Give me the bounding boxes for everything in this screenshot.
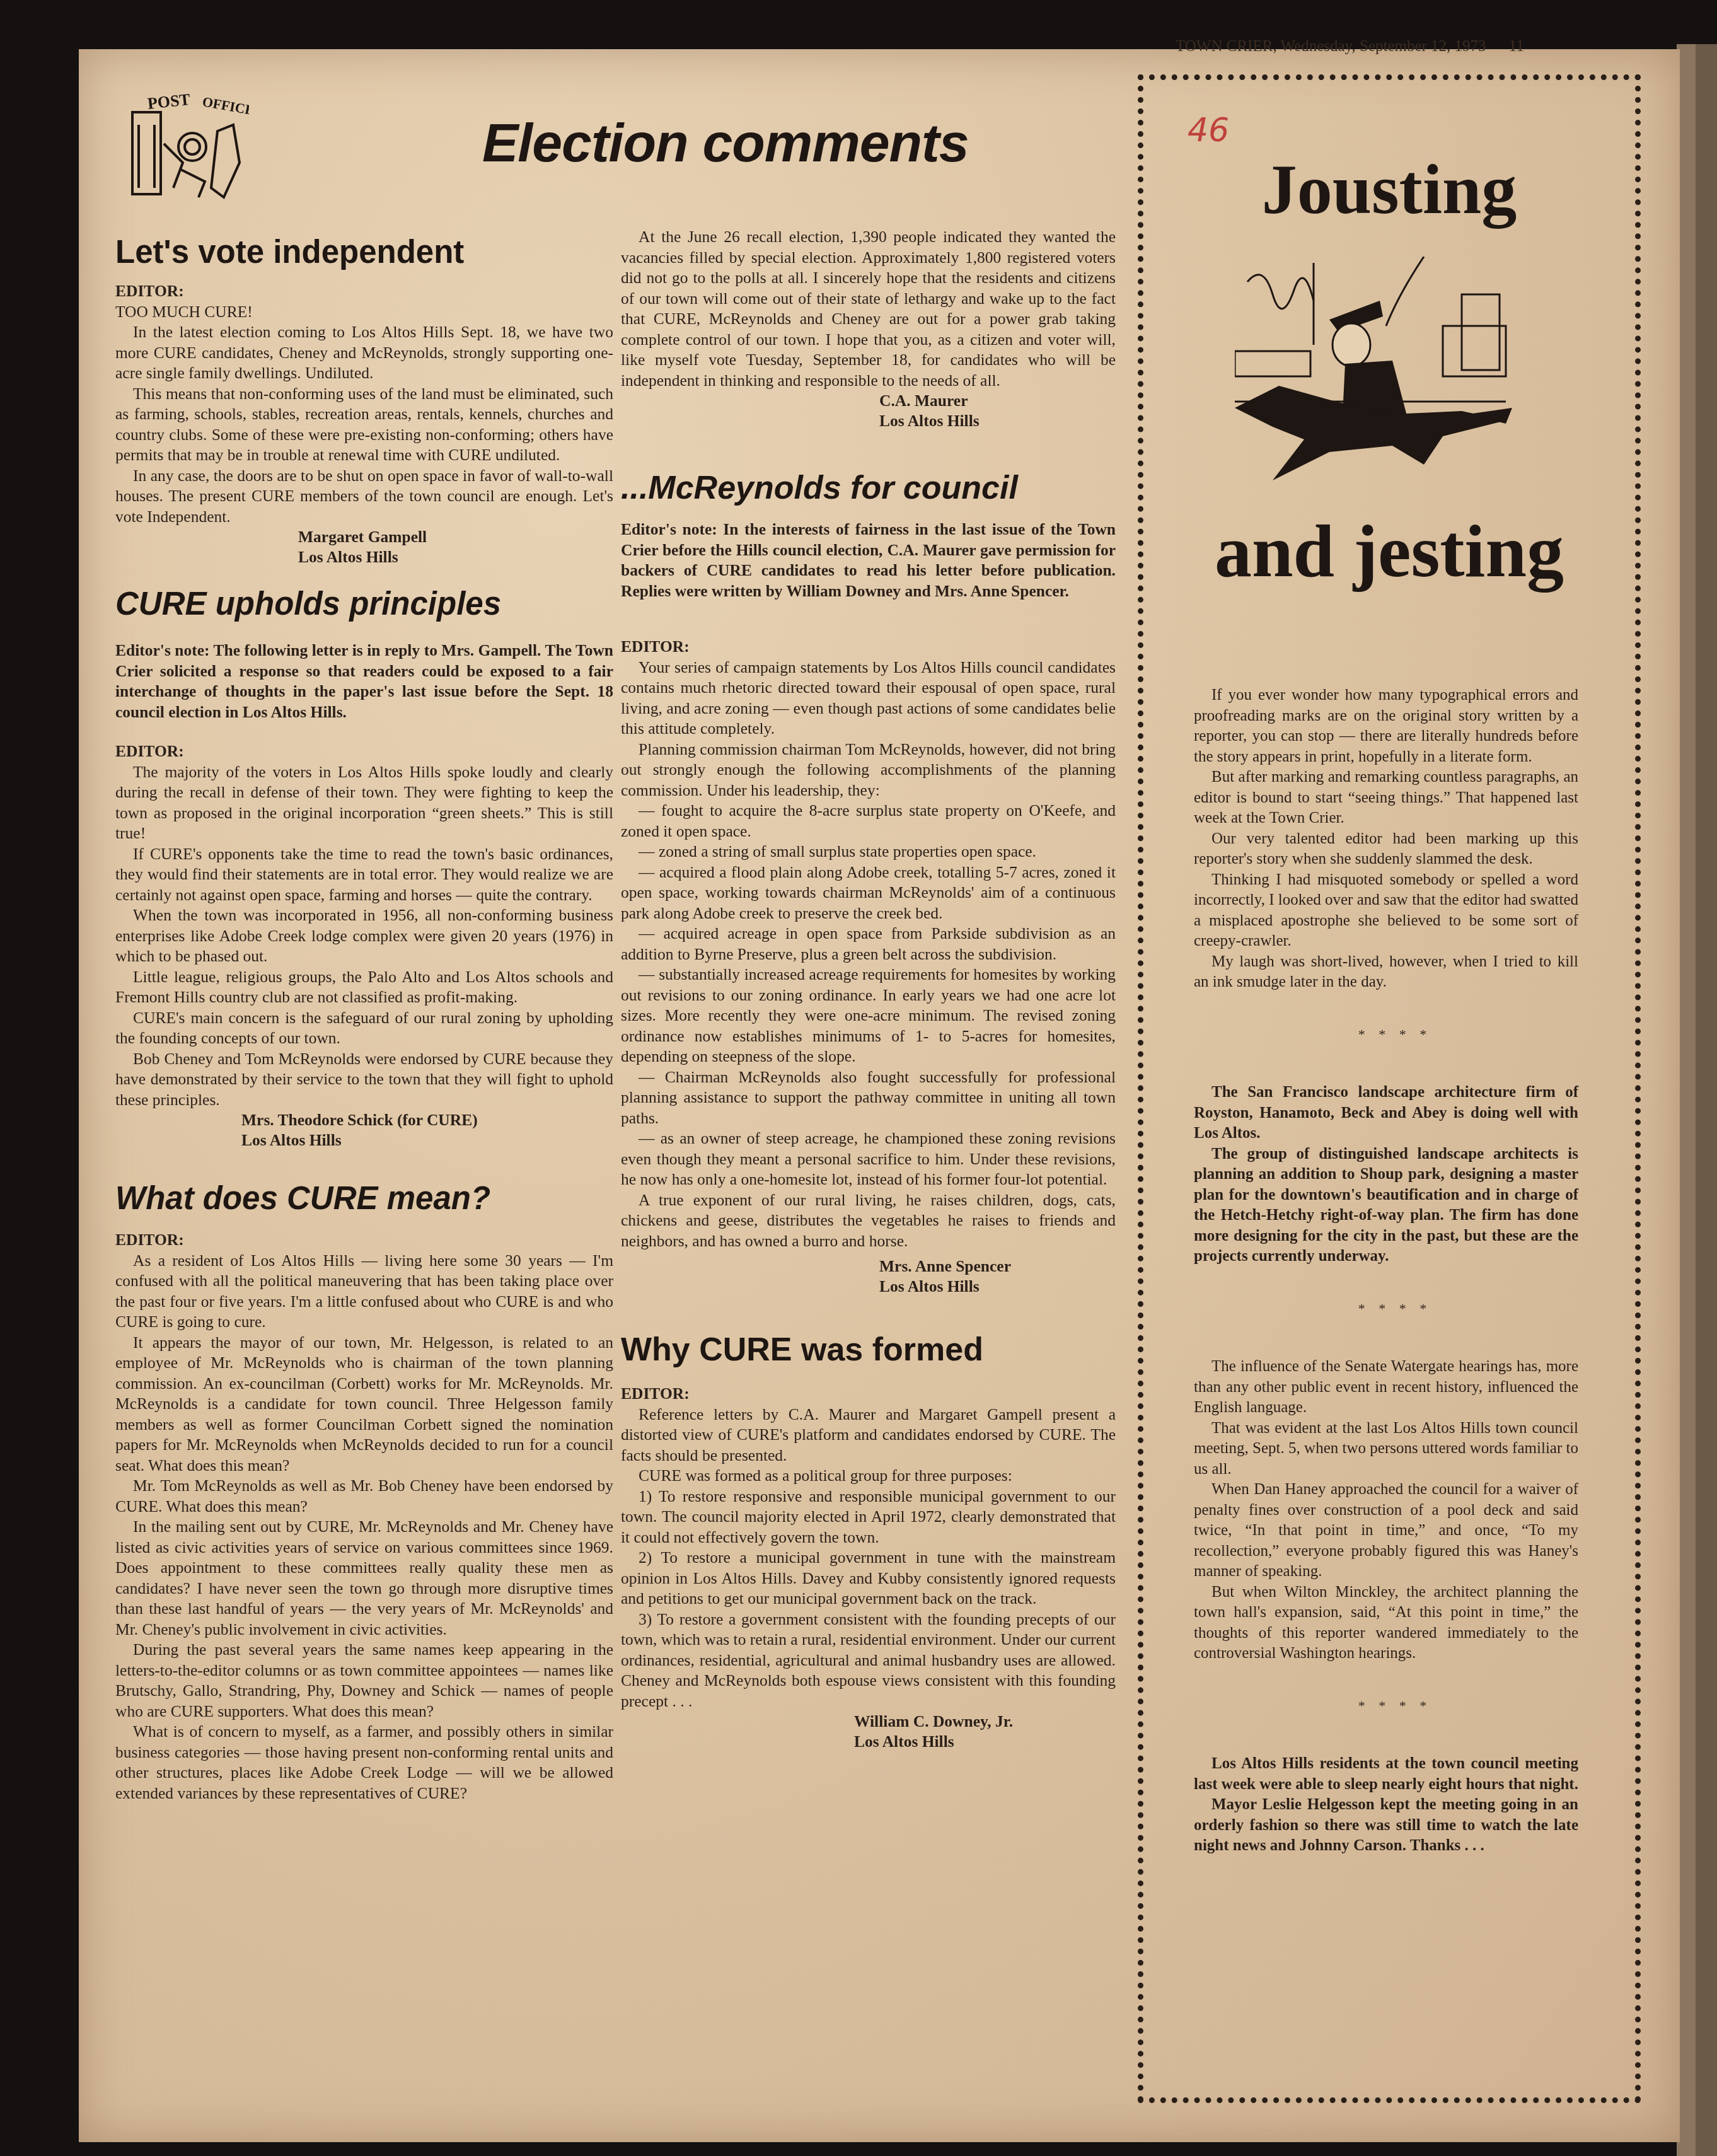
paragraph: A true exponent of our rural living, he …: [621, 1190, 1116, 1252]
paragraph: The majority of the voters in Los Altos …: [115, 762, 613, 844]
separator: * * * *: [1194, 1299, 1578, 1319]
paragraph: In the latest election coming to Los Alt…: [115, 322, 613, 384]
signature-location: Los Altos Hills: [879, 1277, 1116, 1297]
column-title-top: Jousting: [1143, 149, 1635, 231]
section-title: Election comments: [482, 112, 969, 175]
signature: Margaret Gampell: [298, 527, 613, 547]
signature-location: Los Altos Hills: [241, 1130, 613, 1150]
lede: TOO MUCH CURE!: [115, 302, 613, 323]
salutation: EDITOR:: [115, 1230, 613, 1251]
list-item: 3) To restore a government consistent wi…: [621, 1609, 1116, 1712]
paragraph: At the June 26 recall election, 1,390 pe…: [621, 227, 1116, 391]
newspaper-page: TOWN CRIER, Wednesday, September 12, 197…: [79, 49, 1680, 2142]
paragraph: My laugh was short-lived, however, when …: [1194, 952, 1578, 993]
column-body: If you ever wonder how many typographica…: [1194, 685, 1578, 1857]
paragraph: Los Altos Hills residents at the town co…: [1194, 1754, 1578, 1795]
running-head: TOWN CRIER, Wednesday, September 12, 197…: [1176, 38, 1524, 55]
list-item: — fought to acquire the 8-acre surplus s…: [621, 801, 1116, 842]
paragraph: If you ever wonder how many typographica…: [1194, 685, 1578, 767]
paragraph: But after marking and remarking countles…: [1194, 767, 1578, 829]
paragraph: Mr. Tom McReynolds as well as Mr. Bob Ch…: [115, 1476, 613, 1517]
paragraph: Mayor Leslie Helgesson kept the meeting …: [1194, 1795, 1578, 1857]
paragraph: Thinking I had misquoted somebody or spe…: [1194, 870, 1578, 952]
headline-what-does-cure-mean: What does CURE mean?: [115, 1178, 613, 1219]
list-item: — substantially increased acreage requir…: [621, 965, 1116, 1067]
headline-mcreynolds: ...McReynolds for council: [621, 468, 1116, 508]
list-item: — acquired a flood plain along Adobe cre…: [621, 862, 1116, 924]
salutation: EDITOR:: [115, 741, 613, 762]
paragraph: The influence of the Senate Watergate he…: [1194, 1357, 1578, 1418]
binder-edge-shadow: [1696, 44, 1717, 2156]
paragraph: It appears the mayor of our town, Mr. He…: [115, 1333, 613, 1476]
paragraph: What is of concern to myself, as a farme…: [115, 1722, 613, 1804]
headline-cure-upholds: CURE upholds principles: [115, 584, 613, 624]
paragraph: Your series of campaign statements by Lo…: [621, 658, 1116, 739]
column-title-bottom: and jesting: [1143, 509, 1635, 594]
paragraph: Planning commission chairman Tom McReyno…: [621, 739, 1116, 801]
paragraph: Bob Cheney and Tom McReynolds were endor…: [115, 1049, 613, 1111]
post-office-logo-icon: POST OFFICE: [123, 87, 249, 200]
svg-text:POST: POST: [147, 90, 192, 113]
paragraph: Reference letters by C.A. Maurer and Mar…: [621, 1405, 1116, 1466]
jester-on-horse-illustration-icon: [1235, 257, 1525, 509]
list-item: — acquired acreage in open space from Pa…: [621, 924, 1116, 965]
middle-column: At the June 26 recall election, 1,390 pe…: [621, 227, 1116, 1752]
paragraph: CURE was formed as a political group for…: [621, 1466, 1116, 1487]
signature-location: Los Altos Hills: [854, 1732, 1116, 1752]
salutation: EDITOR:: [621, 1384, 1116, 1405]
running-head-text: TOWN CRIER, Wednesday, September 12, 197…: [1176, 38, 1486, 55]
salutation: EDITOR:: [621, 637, 1116, 658]
paragraph: That was evident at the last Los Altos H…: [1194, 1418, 1578, 1480]
paragraph: But when Wilton Minckley, the architect …: [1194, 1582, 1578, 1664]
list-item: — zoned a string of small surplus state …: [621, 842, 1116, 862]
list-item: — as an owner of steep acreage, he champ…: [621, 1128, 1116, 1190]
paragraph: The San Francisco landscape architecture…: [1194, 1082, 1578, 1144]
paragraph: In the mailing sent out by CURE, Mr. McR…: [115, 1517, 613, 1640]
jousting-column-box: 46 Jousting: [1138, 74, 1641, 2103]
paragraph: Little league, religious groups, the Pal…: [115, 967, 613, 1008]
left-column: Let's vote independent EDITOR: TOO MUCH …: [115, 232, 613, 1804]
page-number: 11: [1509, 38, 1524, 55]
editors-note: Editor's note: The following letter is i…: [115, 640, 613, 722]
signature: C.A. Maurer: [879, 391, 1116, 411]
svg-text:OFFICE: OFFICE: [201, 93, 249, 118]
headline-vote-independent: Let's vote independent: [115, 232, 613, 272]
separator: * * * *: [1194, 1696, 1578, 1717]
signature-location: Los Altos Hills: [298, 547, 613, 567]
separator: * * * *: [1194, 1024, 1578, 1045]
signature: William C. Downey, Jr.: [854, 1712, 1116, 1732]
paragraph: As a resident of Los Altos Hills — livin…: [115, 1251, 613, 1333]
signature-location: Los Altos Hills: [879, 411, 1116, 431]
list-item: 1) To restore responsive and responsible…: [621, 1487, 1116, 1548]
paragraph: During the past several years the same n…: [115, 1640, 613, 1722]
paragraph: This means that non-conforming uses of t…: [115, 384, 613, 466]
paragraph: If CURE's opponents take the time to rea…: [115, 844, 613, 906]
list-item: — Chairman McReynolds also fought succes…: [621, 1067, 1116, 1129]
paragraph: In any case, the doors are to be shut on…: [115, 466, 613, 528]
pencil-annotation: 46: [1188, 112, 1229, 149]
editors-note: Editor's note: In the interests of fairn…: [621, 519, 1116, 601]
headline-why-cure: Why CURE was formed: [621, 1330, 1116, 1370]
signature: Mrs. Theodore Schick (for CURE): [241, 1110, 613, 1130]
signature: Mrs. Anne Spencer: [879, 1256, 1116, 1277]
paragraph: CURE's main concern is the safeguard of …: [115, 1008, 613, 1049]
paragraph: When Dan Haney approached the council fo…: [1194, 1480, 1578, 1582]
salutation: EDITOR:: [115, 281, 613, 302]
list-item: 2) To restore a municipal government in …: [621, 1548, 1116, 1609]
paragraph: When the town was incorporated in 1956, …: [115, 905, 613, 967]
paragraph: Our very talented editor had been markin…: [1194, 829, 1578, 870]
paragraph: The group of distinguished landscape arc…: [1194, 1144, 1578, 1267]
